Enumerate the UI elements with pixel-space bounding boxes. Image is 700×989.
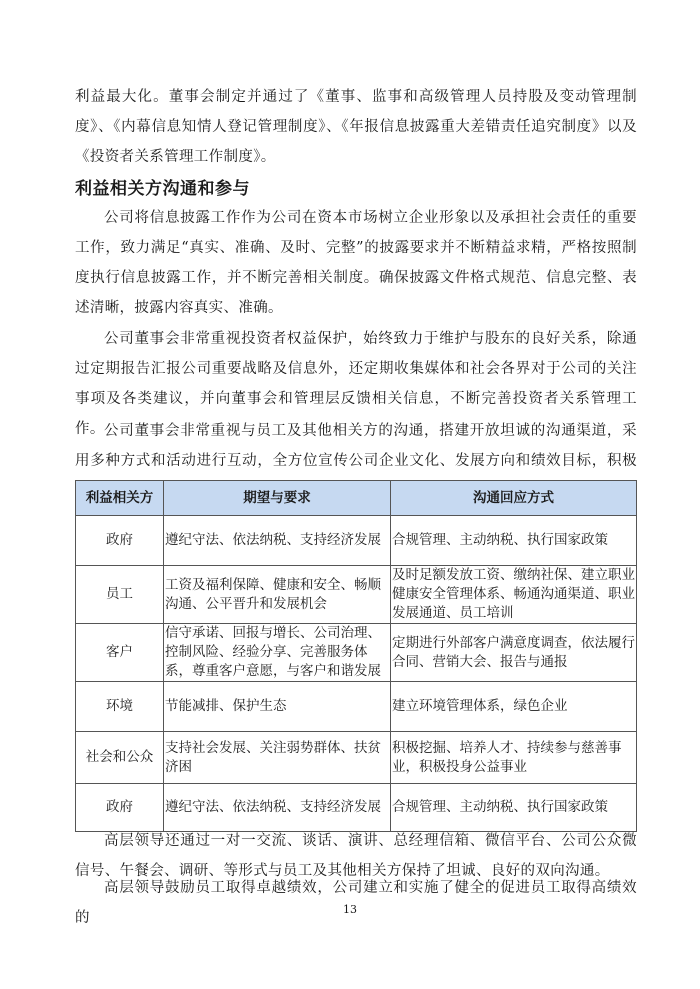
response-cell: 定期进行外部客户满意度调查，依法履行合同、营销大会、报告与通报 [391, 624, 637, 682]
expectation-cell: 遵纪守法、依法纳税、支持经济发展 [164, 516, 391, 566]
expectation-cell: 工资及福利保障、健康和安全、畅顺沟通、公平晋升和发展机会 [164, 566, 391, 624]
stakeholder-cell: 社会和公众 [76, 732, 164, 784]
expectation-cell: 遵纪守法、依法纳税、支持经济发展 [164, 784, 391, 832]
page-number: 13 [0, 903, 700, 916]
header-stakeholder: 利益相关方 [76, 481, 164, 516]
table-row: 政府 遵纪守法、依法纳税、支持经济发展 合规管理、主动纳税、执行国家政策 [76, 516, 637, 566]
table-header-row: 利益相关方 期望与要求 沟通回应方式 [76, 481, 637, 516]
paragraph-disclosure: 公司将信息披露工作作为公司在资本市场树立企业形象以及承担社会责任的重要工作，致力… [75, 203, 637, 323]
response-cell: 积极挖掘、培养人才、持续参与慈善事业，积极投身公益事业 [391, 732, 637, 784]
header-response: 沟通回应方式 [391, 481, 637, 516]
response-cell: 合规管理、主动纳税、执行国家政策 [391, 784, 637, 832]
table-row: 社会和公众 支持社会发展、关注弱势群体、扶贫济困 积极挖掘、培养人才、持续参与慈… [76, 732, 637, 784]
stakeholder-cell: 客户 [76, 624, 164, 682]
document-page: 利益最大化。董事会制定并通过了《董事、监事和高级管理人员持股及变动管理制度》、《… [0, 0, 700, 989]
stakeholder-cell: 员工 [76, 566, 164, 624]
stakeholder-cell: 政府 [76, 784, 164, 832]
response-cell: 建立环境管理体系，绿色企业 [391, 682, 637, 732]
table-row: 客户 信守承诺、回报与增长、公司治理、控制风险、经验分享、完善服务体系，尊重客户… [76, 624, 637, 682]
expectation-cell: 节能减排、保护生态 [164, 682, 391, 732]
expectation-cell: 信守承诺、回报与增长、公司治理、控制风险、经验分享、完善服务体系，尊重客户意愿，… [164, 624, 391, 682]
table-row: 员工 工资及福利保障、健康和安全、畅顺沟通、公平晋升和发展机会 及时足额发放工资… [76, 566, 637, 624]
expectation-cell: 支持社会发展、关注弱势群体、扶贫济困 [164, 732, 391, 784]
table-row: 政府 遵纪守法、依法纳税、支持经济发展 合规管理、主动纳税、执行国家政策 [76, 784, 637, 832]
intro-paragraph: 利益最大化。董事会制定并通过了《董事、监事和高级管理人员持股及变动管理制度》、《… [75, 82, 637, 172]
stakeholder-cell: 环境 [76, 682, 164, 732]
table-row: 环境 节能减排、保护生态 建立环境管理体系，绿色企业 [76, 682, 637, 732]
stakeholder-cell: 政府 [76, 516, 164, 566]
section-heading: 利益相关方沟通和参与 [75, 174, 250, 199]
stakeholder-table: 利益相关方 期望与要求 沟通回应方式 政府 遵纪守法、依法纳税、支持经济发展 合… [75, 480, 637, 832]
header-expectation: 期望与要求 [164, 481, 391, 516]
response-cell: 合规管理、主动纳税、执行国家政策 [391, 516, 637, 566]
response-cell: 及时足额发放工资、缴纳社保、建立职业健康安全管理体系、畅通沟通渠道、职业发展通道… [391, 566, 637, 624]
